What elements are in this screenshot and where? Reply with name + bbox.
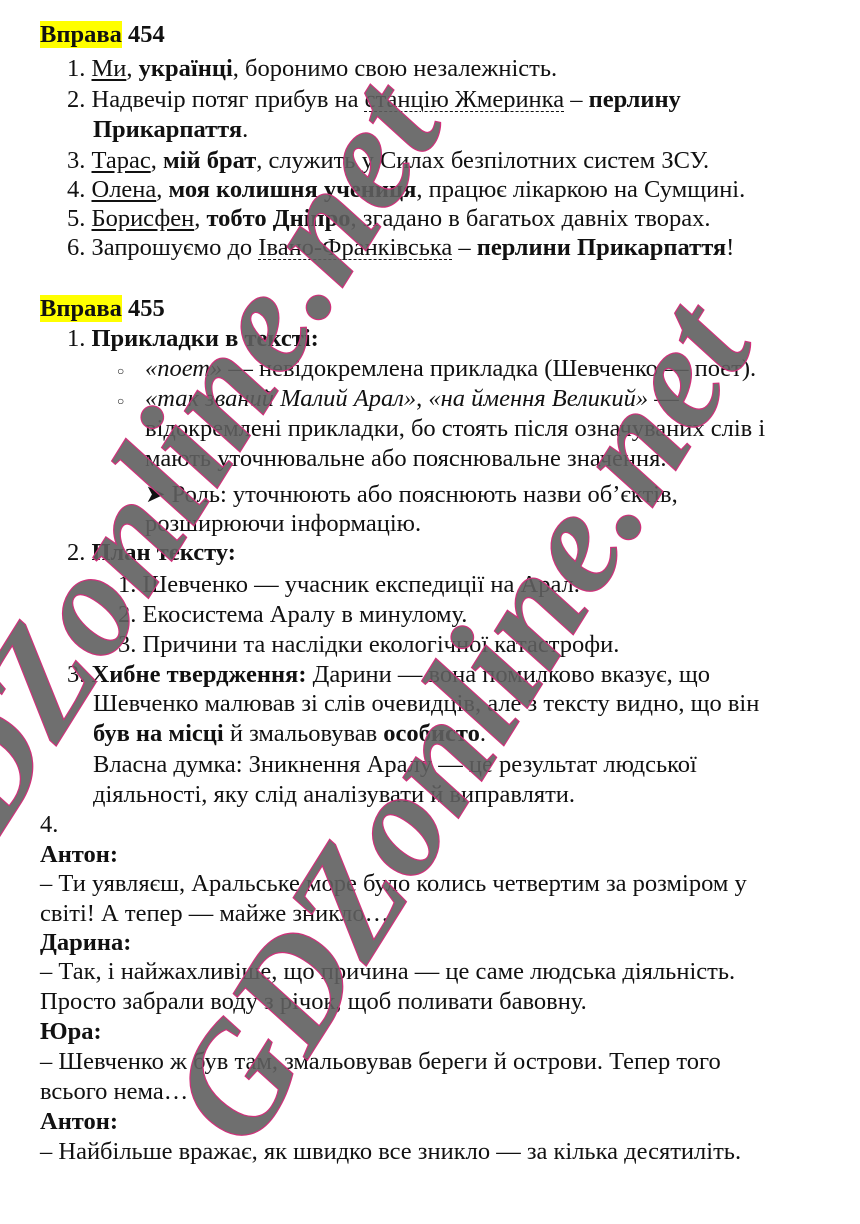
dialogue-line: – Ти уявляєш, Аральське море було колись… (40, 869, 747, 899)
task1-bullet-2-line3: мають уточнювальне або пояснювальне знач… (145, 444, 667, 474)
plan-item-2: 2. Екосистема Аралу в минулому. (118, 600, 467, 630)
ex454-item-1: 1. Ми, українці, боронимо свою незалежні… (67, 54, 557, 84)
task3-line3: був на місці й змальовував особисто. (93, 719, 486, 749)
ex454-item-5: 5. Борисфен, тобто Дніпро, згадано в баг… (67, 204, 711, 234)
ex454-item-2: 2. Надвечір потяг прибув на станцію Жмер… (67, 85, 681, 115)
task1-role-line1: ➤ Роль: уточнюють або пояснюють назви об… (145, 480, 678, 510)
ex454-item-3: 3. Тарас, мій брат, служить у Силах безп… (67, 146, 709, 176)
bullet-circle-icon: ○ (117, 356, 124, 386)
exercise-label-highlight: Вправа (40, 295, 122, 322)
task2-heading: 2. План тексту: (67, 538, 236, 568)
apposition: мій брат (163, 147, 256, 174)
adverbial: станцію Жмеринка (365, 86, 564, 113)
speaker-anton: Антон: (40, 840, 118, 870)
exercise-label-highlight: Вправа (40, 21, 122, 48)
exercise-number: 454 (122, 21, 165, 48)
task3-line2: Шевченко малював зі слів очевидців, але … (93, 689, 759, 719)
speaker-yura: Юра: (40, 1017, 102, 1047)
exercise-454-heading: Вправа 454 (40, 20, 165, 50)
ex454-item-6: 6. Запрошуємо до Івано-Франківська – пер… (67, 233, 734, 263)
plan-item-3: 3. Причини та наслідки екологічної катас… (118, 630, 619, 660)
ex454-item-2-cont: Прикарпаття. (93, 115, 248, 145)
apposition: Прикарпаття (93, 116, 242, 143)
document-page: Вправа 454 1. Ми, українці, боронимо сво… (0, 0, 860, 1224)
bullet-circle-icon: ○ (117, 386, 124, 416)
plan-item-1: 1. Шевченко — учасник експедиції на Арал… (118, 570, 580, 600)
dialogue-line: всього нема… (40, 1077, 188, 1107)
dialogue-line: – Так, і найжахливіше, що причина — це с… (40, 957, 735, 987)
task1-heading: 1. Прикладки в тексті: (67, 324, 319, 354)
task1-role-line2: розширюючи інформацію. (145, 509, 421, 539)
apposition: перлини Прикарпаття (477, 234, 726, 261)
apposition: моя колишня учениця (169, 176, 417, 203)
dialogue-line: – Шевченко ж був там, змальовував береги… (40, 1047, 721, 1077)
adverbial: Івано-Франківська (258, 234, 452, 261)
task1-bullet-2-line2: відокремлені прикладки, бо стоять після … (145, 414, 765, 444)
dialogue-line: Просто забрали воду з річок, щоб поливат… (40, 987, 587, 1017)
subject: Тарас (92, 147, 151, 174)
dialogue-line: – Найбільше вражає, як швидко все зникло… (40, 1137, 741, 1167)
ex454-item-4: 4. Олена, моя колишня учениця, працює лі… (67, 175, 745, 205)
task1-bullet-2: «так званий Малий Арал», «на ймення Вели… (145, 384, 679, 414)
subject: Олена (92, 176, 157, 203)
task4-number: 4. (40, 810, 58, 840)
subject: Ми (92, 55, 127, 82)
apposition: українці (139, 55, 233, 82)
dialogue-line: світі! А тепер — майже зникло… (40, 899, 389, 929)
speaker-daryna: Дарина: (40, 928, 131, 958)
subject: Борисфен (92, 205, 195, 232)
speaker-anton: Антон: (40, 1107, 118, 1137)
task3-heading: 3. Хибне твердження: Дарини — вона помил… (67, 660, 710, 690)
apposition: перлину (589, 86, 681, 113)
task1-bullet-1: «поет» — невідокремлена прикладка (Шевче… (145, 354, 756, 384)
apposition: тобто Дніпро (206, 205, 350, 232)
opinion-line2: діяльності, яку слід аналізувати й випра… (93, 780, 575, 810)
exercise-455-heading: Вправа 455 (40, 294, 165, 324)
exercise-number: 455 (122, 295, 165, 322)
opinion-line1: Власна думка: Зникнення Аралу — це резул… (93, 750, 697, 780)
